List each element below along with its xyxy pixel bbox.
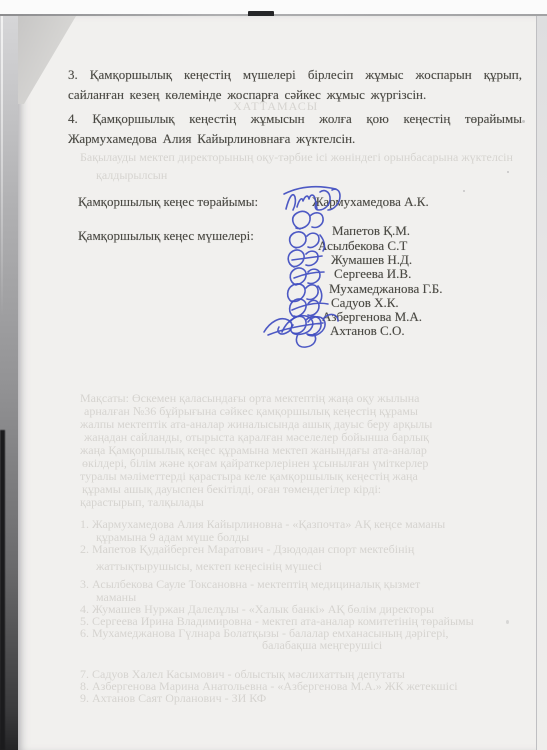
chair-label: Қамқоршылық кеңес төрайымы: — [78, 194, 258, 210]
scan-speck — [463, 190, 465, 192]
signatures-ink — [248, 180, 373, 360]
scan-speck — [506, 620, 509, 624]
signature-chair — [284, 187, 340, 210]
paragraph-3: 3. Қамқоршылық кеңестің мүшелері бірлесі… — [68, 65, 522, 105]
page-right-edge — [536, 16, 547, 750]
scanner-bed-dark-edge — [0, 430, 5, 750]
signature-member — [288, 284, 322, 302]
scanned-document: ХАТТАМАСЫБақылауды мектеп директорының о… — [0, 0, 547, 750]
scan-speck — [507, 171, 509, 173]
members-label: Қамқоршылық кеңес мүшелері: — [78, 228, 254, 244]
scan-speck — [522, 120, 525, 123]
signature-member — [288, 250, 322, 267]
signature-member — [290, 232, 325, 251]
scanner-bed-highlight — [1, 16, 3, 316]
signature-member — [290, 268, 324, 285]
paragraph-4: 4. Қамқоршылық кеңестің жұмысын жолға қо… — [68, 109, 522, 149]
signature-member — [293, 211, 323, 229]
signature-member — [282, 314, 338, 347]
